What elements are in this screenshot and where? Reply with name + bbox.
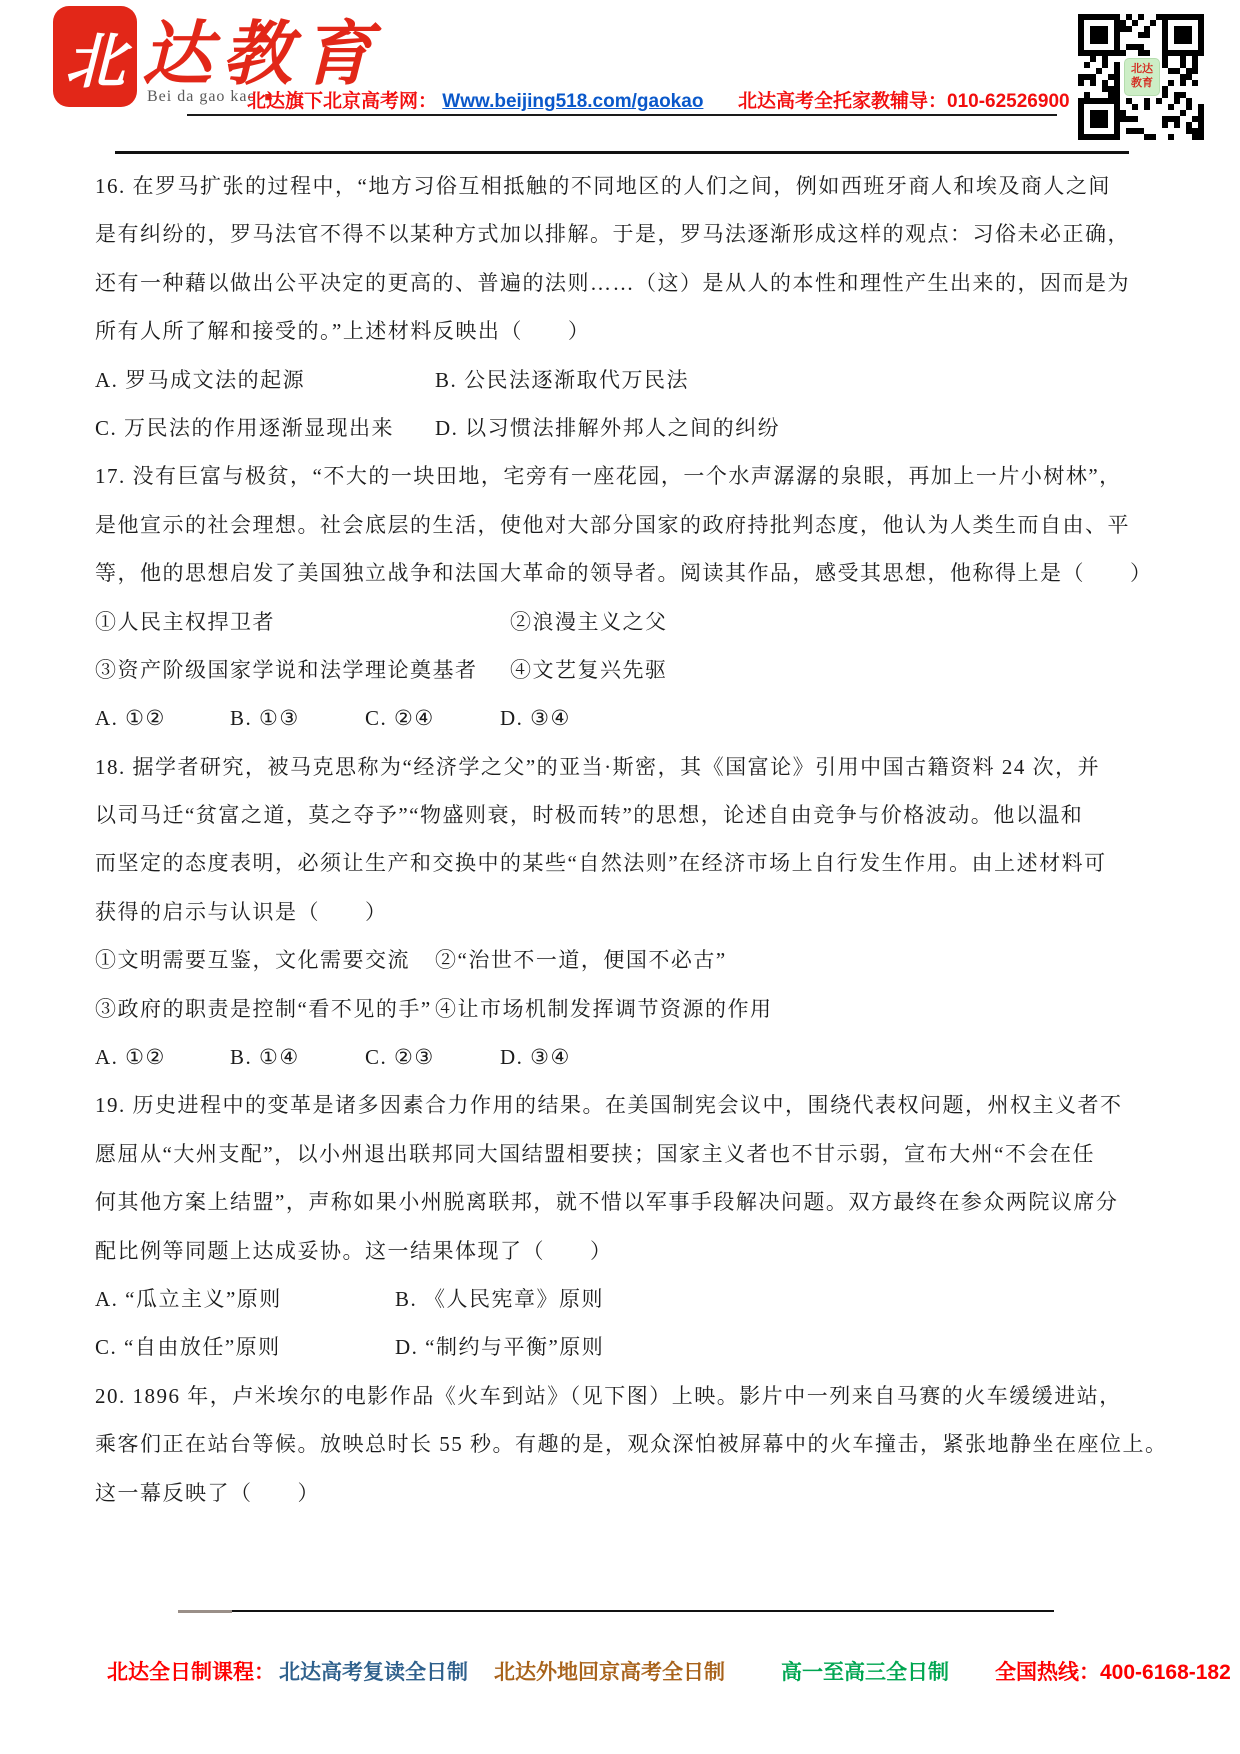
- text-segment: D. ③④: [500, 1033, 571, 1081]
- question-line: 还有一种藉以做出公平决定的更高的、普遍的法则……（这）是从人的本性和理性产生出来…: [95, 259, 1151, 307]
- header-underline: [187, 114, 1057, 116]
- question-line: C. “自由放任”原则D. “制约与平衡”原则: [95, 1323, 1151, 1371]
- question-line: C. 万民法的作用逐渐显现出来D. 以习惯法排解外邦人之间的纠纷: [95, 404, 1151, 452]
- text-segment: 获得的启示与认识是（ ）: [95, 888, 388, 936]
- footer-segment: 北达高考复读全日制: [279, 1656, 468, 1686]
- text-segment: 还有一种藉以做出公平决定的更高的、普遍的法则……（这）是从人的本性和理性产生出来…: [95, 259, 1130, 307]
- text-segment: 这一幕反映了（ ）: [95, 1469, 320, 1517]
- text-segment: A. ①②: [95, 1033, 230, 1081]
- text-segment: D. “制约与平衡”原则: [395, 1323, 604, 1371]
- footer-segment: 北达外地回京高考全日制: [494, 1656, 725, 1686]
- question-line: 所有人所了解和接受的。”上述材料反映出（ ）: [95, 307, 1151, 355]
- question-line: A. ①②B. ①④C. ②③D. ③④: [95, 1033, 1151, 1081]
- text-segment: ②浪漫主义之父: [510, 598, 668, 646]
- text-segment: A. “瓜立主义”原则: [95, 1275, 395, 1323]
- text-segment: 17. 没有巨富与极贫，“不大的一块田地，宅旁有一座花园，一个水声潺潺的泉眼，再…: [95, 452, 1122, 500]
- question-line: ①文明需要互鉴，文化需要交流②“治世不一道，便国不必古”: [95, 936, 1151, 984]
- question-line: 16. 在罗马扩张的过程中，“地方习俗互相抵触的不同地区的人们之间，例如西班牙商…: [95, 162, 1151, 210]
- question-line: ①人民主权捍卫者②浪漫主义之父: [95, 598, 1151, 646]
- question-line: A. “瓜立主义”原则B. 《人民宪章》原则: [95, 1275, 1151, 1323]
- text-segment: C. ②③: [365, 1033, 500, 1081]
- question-line: A. ①②B. ①③C. ②④D. ③④: [95, 694, 1151, 742]
- text-segment: 何其他方案上结盟”，声称如果小州脱离联邦，就不惜以军事手段解决问题。双方最终在参…: [95, 1178, 1118, 1226]
- seal-character: 北: [65, 14, 125, 100]
- question-line: 乘客们正在站台等候。放映总时长 55 秒。有趣的是，观众深怕被屏幕中的火车撞击，…: [95, 1420, 1151, 1468]
- text-segment: 20. 1896 年，卢米埃尔的电影作品《火车到站》（见下图）上映。影片中一列来…: [95, 1372, 1122, 1420]
- question-line: 是有纠纷的，罗马法官不得不以某种方式加以排解。于是，罗马法逐渐形成这样的观点：习…: [95, 210, 1151, 258]
- exam-page: 北 达教育 Bei da gao kao■ 北达旗下北京高考网： Www.bei…: [0, 0, 1240, 1754]
- question-line: ③政府的职责是控制“看不见的手”④让市场机制发挥调节资源的作用: [95, 985, 1151, 1033]
- text-segment: ③政府的职责是控制“看不见的手”: [95, 985, 435, 1033]
- text-segment: 乘客们正在站台等候。放映总时长 55 秒。有趣的是，观众深怕被屏幕中的火车撞击，…: [95, 1420, 1168, 1468]
- question-line: 是他宣示的社会理想。社会底层的生活，使他对大部分国家的政府持批判态度，他认为人类…: [95, 501, 1151, 549]
- question-line: 愿屈从“大州支配”，以小州退出联邦同大国结盟相要挟；国家主义者也不甘示弱，宣布大…: [95, 1130, 1151, 1178]
- question-line: 获得的启示与认识是（ ）: [95, 888, 1151, 936]
- text-segment: ①人民主权捍卫者: [95, 598, 510, 646]
- question-line: 20. 1896 年，卢米埃尔的电影作品《火车到站》（见下图）上映。影片中一列来…: [95, 1372, 1151, 1420]
- footer-segment: 北达全日制课程：: [107, 1656, 275, 1686]
- question-line: A. 罗马成文法的起源B. 公民法逐渐取代万民法: [95, 356, 1151, 404]
- text-segment: ④让市场机制发挥调节资源的作用: [435, 985, 773, 1033]
- tutor-phone: 010-62526900: [947, 91, 1070, 112]
- text-segment: 是他宣示的社会理想。社会底层的生活，使他对大部分国家的政府持批判态度，他认为人类…: [95, 501, 1130, 549]
- header-tagline: 北达旗下北京高考网： Www.beijing518.com/gaokao 北达高…: [247, 86, 1070, 113]
- text-segment: 所有人所了解和接受的。”上述材料反映出（ ）: [95, 307, 590, 355]
- header-divider-rule: [115, 151, 1129, 154]
- footer-rule: [232, 1610, 1054, 1612]
- text-segment: ③资产阶级国家学说和法学理论奠基者: [95, 646, 510, 694]
- question-line: 以司马迁“贫富之道，莫之夺予”“物盛则衰，时极而转”的思想，论述自由竞争与价格波…: [95, 791, 1151, 839]
- footer-segment: 高一至高三全日制: [781, 1656, 949, 1686]
- text-segment: 19. 历史进程中的变革是诸多因素合力作用的结果。在美国制宪会议中，围绕代表权问…: [95, 1081, 1123, 1129]
- text-segment: ②“治世不一道，便国不必古”: [435, 936, 727, 984]
- footer-programs: 北达全日制课程：北达高考复读全日制北达外地回京高考全日制高一至高三全日制全国热线…: [107, 1656, 1231, 1686]
- qr-center-label: 北达 教育: [1124, 58, 1160, 96]
- footer-rule-gray-segment: [178, 1610, 232, 1613]
- text-segment: 是有纠纷的，罗马法官不得不以某种方式加以排解。于是，罗马法逐渐形成这样的观点：习…: [95, 210, 1130, 258]
- text-segment: ①文明需要互鉴，文化需要交流: [95, 936, 435, 984]
- question-line: 这一幕反映了（ ）: [95, 1469, 1151, 1517]
- text-segment: B. 《人民宪章》原则: [395, 1275, 604, 1323]
- text-segment: A. ①②: [95, 694, 230, 742]
- question-line: 17. 没有巨富与极贫，“不大的一块田地，宅旁有一座花园，一个水声潺潺的泉眼，再…: [95, 452, 1151, 500]
- beida-seal-logo: 北: [55, 8, 135, 105]
- text-segment: C. 万民法的作用逐渐显现出来: [95, 404, 435, 452]
- question-line: 19. 历史进程中的变革是诸多因素合力作用的结果。在美国制宪会议中，围绕代表权问…: [95, 1081, 1151, 1129]
- text-segment: B. 公民法逐渐取代万民法: [435, 356, 689, 404]
- tutor-label: 北达高考全托家教辅导：: [738, 91, 947, 112]
- text-segment: C. “自由放任”原则: [95, 1323, 395, 1371]
- text-segment: A. 罗马成文法的起源: [95, 356, 435, 404]
- text-segment: D. 以习惯法排解外邦人之间的纠纷: [435, 404, 780, 452]
- question-line: 配比例等同题上达成妥协。这一结果体现了（ ）: [95, 1227, 1151, 1275]
- question-line: 18. 据学者研究，被马克思称为“经济学之父”的亚当·斯密，其《国富论》引用中国…: [95, 743, 1151, 791]
- text-segment: 16. 在罗马扩张的过程中，“地方习俗互相抵触的不同地区的人们之间，例如西班牙商…: [95, 162, 1111, 210]
- footer-segment: 全国热线：400-6168-182: [995, 1656, 1231, 1686]
- question-line: 而坚定的态度表明，必须让生产和交换中的某些“自然法则”在经济市场上自行发生作用。…: [95, 839, 1151, 887]
- text-segment: 愿屈从“大州支配”，以小州退出联邦同大国结盟相要挟；国家主义者也不甘示弱，宣布大…: [95, 1130, 1095, 1178]
- question-line: 等，他的思想启发了美国独立战争和法国大革命的领导者。阅读其作品，感受其思想，他称…: [95, 549, 1151, 597]
- brand-calligraphy: 达教育: [142, 0, 382, 99]
- question-line: 何其他方案上结盟”，声称如果小州脱离联邦，就不惜以军事手段解决问题。双方最终在参…: [95, 1178, 1151, 1226]
- text-segment: 配比例等同题上达成妥协。这一结果体现了（ ）: [95, 1227, 613, 1275]
- text-segment: 而坚定的态度表明，必须让生产和交换中的某些“自然法则”在经济市场上自行发生作用。…: [95, 839, 1107, 887]
- site-label: 北达旗下北京高考网：: [247, 91, 437, 112]
- text-segment: C. ②④: [365, 694, 500, 742]
- text-segment: 等，他的思想启发了美国独立战争和法国大革命的领导者。阅读其作品，感受其思想，他称…: [95, 549, 1153, 597]
- gaokao-site-link[interactable]: Www.beijing518.com/gaokao: [442, 91, 703, 112]
- text-segment: D. ③④: [500, 694, 571, 742]
- text-segment: ④文艺复兴先驱: [510, 646, 668, 694]
- qr-code: 北达 教育: [1078, 14, 1204, 140]
- questions-area: 16. 在罗马扩张的过程中，“地方习俗互相抵触的不同地区的人们之间，例如西班牙商…: [95, 162, 1151, 1517]
- text-segment: 18. 据学者研究，被马克思称为“经济学之父”的亚当·斯密，其《国富论》引用中国…: [95, 743, 1100, 791]
- question-line: ③资产阶级国家学说和法学理论奠基者④文艺复兴先驱: [95, 646, 1151, 694]
- text-segment: B. ①③: [230, 694, 365, 742]
- text-segment: B. ①④: [230, 1033, 365, 1081]
- text-segment: 以司马迁“贫富之道，莫之夺予”“物盛则衰，时极而转”的思想，论述自由竞争与价格波…: [95, 791, 1083, 839]
